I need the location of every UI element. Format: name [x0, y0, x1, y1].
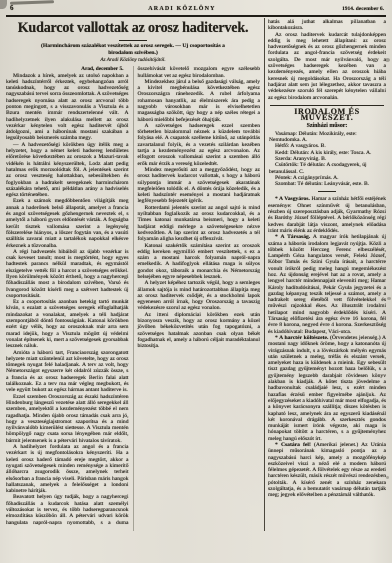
news-item-lead: * A Vasgyáros.: [275, 196, 310, 202]
article-headline: Kudarcot vallottak az orosz haditervek.: [10, 20, 256, 37]
page-number: 6: [6, 4, 70, 12]
scan-speck: [385, 58, 390, 62]
paper-title: ARADI KÖZLÖNY: [70, 6, 294, 12]
article-paragraph: Mindez megerősíti azt a meggyőződést, ho…: [138, 167, 261, 205]
news-item: * Csatára fel! (Amerikai jelenet.) Az Ur…: [268, 442, 386, 499]
masthead-rule: [6, 15, 386, 17]
lead-article: Kudarcot vallottak az orosz haditervek. …: [6, 18, 260, 531]
program-entry-tuesday: Kedd: Délután: A kis király, este: Tosca…: [269, 150, 385, 156]
news-item: * A harctér költészete. (Örvendetes jele…: [268, 335, 386, 442]
scan-speck: [386, 476, 389, 479]
news-item: * A Társaság. A magyar írók hetilapjának…: [268, 234, 386, 335]
article-paragraph: A hadihelyzet fordulata az angol és a fr…: [6, 444, 129, 494]
article-paragraph: Mindazok a hírek, amelyek az utolsó napo…: [6, 73, 129, 142]
article-paragraph: Katonai szakértők számítása szerint az o…: [138, 243, 261, 281]
article-paragraph: Rotterdami jelentés szerint az angol saj…: [138, 205, 261, 243]
news-item-text: Hamar a színház hétfői estéjének esemény…: [268, 196, 386, 233]
theatre-program-list: Vasárnap: Délután: Mozikirály, este: Nem…: [268, 131, 386, 188]
article-paragraph: — A hadvezetőségi körökben úgy ítélik me…: [6, 142, 129, 199]
article-paragraph: Ezzel szemben Oroszország az északi hads…: [6, 394, 129, 444]
program-end-rule: [318, 191, 336, 192]
program-entry-sunday: Vasárnap: Délután: Mozikirály, este: Nem…: [269, 131, 385, 144]
continuation-paragraph: Az orosz haditervek kudarcát tulajdonkép…: [268, 32, 386, 101]
scan-speck: [387, 297, 391, 300]
theatre-program-header: Színházi műsor:: [268, 123, 386, 129]
article-body: Arad, december 5. Mindazok a hírek, amel…: [6, 66, 260, 531]
article-paragraph: Amióta a háború tart, Franciaország szor…: [6, 350, 129, 394]
newspaper-page: 6 ARADI KÖZLÖNY 1914. december 6. Kudarc…: [0, 0, 392, 563]
article-byline: Az Aradi Közlöny tudósítójától.: [6, 57, 260, 63]
news-item-lead: * A Társaság.: [275, 234, 310, 240]
news-item-text: (Örvendetes jelenség.) A mostani nagy id…: [268, 335, 386, 442]
headline-rule: [119, 40, 147, 41]
news-item-text: (Amerikai jelenet.) Az Uránia ünnepi műs…: [268, 442, 386, 498]
article-paragraph: Mindezekhez járul a belső gazdasági váls…: [138, 79, 261, 123]
continuation-paragraph: hatás alá juthat alkalmas pillanatban a …: [268, 19, 386, 32]
program-entry-saturday: Szombat: Té délután: Leányvásár, este. B…: [269, 181, 385, 187]
masthead: 6 ARADI KÖZLÖNY 1914. december 6.: [6, 4, 386, 14]
issue-date: 1914. december 6.: [294, 6, 386, 12]
news-item: * A Vasgyáros. Hamar a színház hétfői es…: [268, 196, 386, 234]
news-item-text: A magyar írók hetilapjának új száma a há…: [268, 234, 386, 334]
program-entry-thursday: Csütörtök: Té délután: A csodagyerek, új…: [269, 162, 385, 175]
right-column: hatás alá juthat alkalmas pillanatban a …: [268, 18, 386, 531]
article-paragraph: A régi hadvezetés hibáiból az újabb vezé…: [6, 249, 129, 299]
article-subtitle-line2: birodalom szivében.): [14, 50, 252, 56]
section-rule: [270, 105, 384, 106]
column-divider: [264, 18, 265, 531]
article-paragraph: Az itteni diplomáciai körökben ezek után…: [138, 312, 261, 350]
section-title-literature: IRODALOM ÉS MŰVÉSZET.: [268, 109, 386, 122]
article-paragraph: A helyzet képéhez tartozik végül, hogy a…: [138, 280, 261, 311]
article-paragraph: A szövetséges hadseregek ezzel szemben t…: [138, 123, 261, 167]
article-paragraph: Ezek a számok megdöbbentően világítják m…: [6, 198, 129, 248]
article-paragraph: Ez a csoportosítás azonban hetekig tartó…: [6, 299, 129, 349]
page-content: Kudarcot vallottak az orosz haditervek. …: [6, 18, 386, 531]
